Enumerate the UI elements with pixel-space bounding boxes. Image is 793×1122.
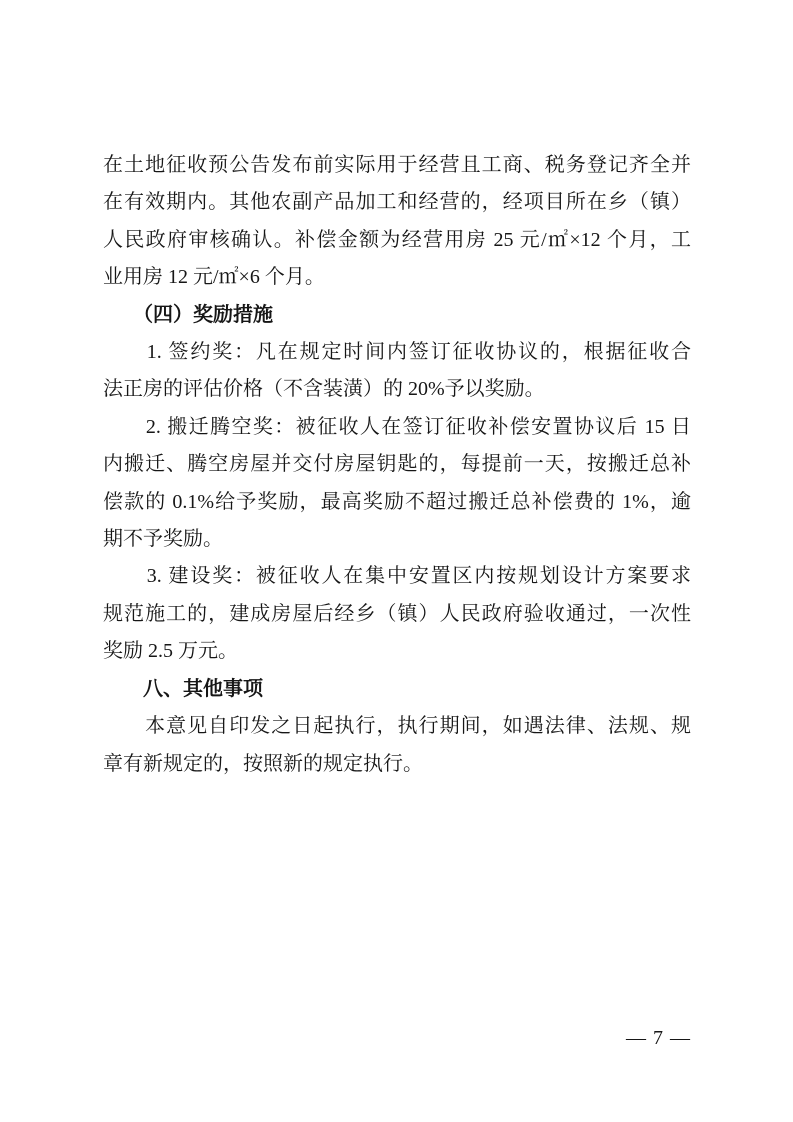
text-line: 在土地征收预公告发布前实际用于经营且工商、税务登记齐全并 [103,147,691,184]
text-line: 章有新规定的，按照新的规定执行。 [103,746,691,783]
text-line: 1. 签约奖：凡在规定时间内签订征收协议的，根据征收合 [103,334,691,371]
text-line: 人民政府审核确认。补偿金额为经营用房 25 元/㎡×12 个月，工 [103,222,691,259]
section-heading: 八、其他事项 [103,671,691,708]
text-line: 在有效期内。其他农副产品加工和经营的，经项目所在乡（镇） [103,184,691,221]
text-line: 法正房的评估价格（不含装潢）的 20%予以奖励。 [103,371,691,408]
text-line: 期不予奖励。 [103,521,691,558]
page-number: — 7 — [103,1024,691,1052]
document-page: 在土地征收预公告发布前实际用于经营且工商、税务登记齐全并 在有效期内。其他农副产… [0,0,793,1122]
text-line: 规范施工的，建成房屋后经乡（镇）人民政府验收通过，一次性 [103,596,691,633]
text-line: 奖励 2.5 万元。 [103,633,691,670]
text-line: 本意见自印发之日起执行，执行期间，如遇法律、法规、规 [103,708,691,745]
section-heading: （四）奖励措施 [103,297,691,334]
document-body: 在土地征收预公告发布前实际用于经营且工商、税务登记齐全并 在有效期内。其他农副产… [103,147,691,783]
text-line: 2. 搬迁腾空奖：被征收人在签订征收补偿安置协议后 15 日 [103,409,691,446]
text-line: 偿款的 0.1%给予奖励，最高奖励不超过搬迁总补偿费的 1%，逾 [103,484,691,521]
text-line: 业用房 12 元/㎡×6 个月。 [103,259,691,296]
text-line: 内搬迁、腾空房屋并交付房屋钥匙的，每提前一天，按搬迁总补 [103,446,691,483]
text-line: 3. 建设奖：被征收人在集中安置区内按规划设计方案要求 [103,558,691,595]
